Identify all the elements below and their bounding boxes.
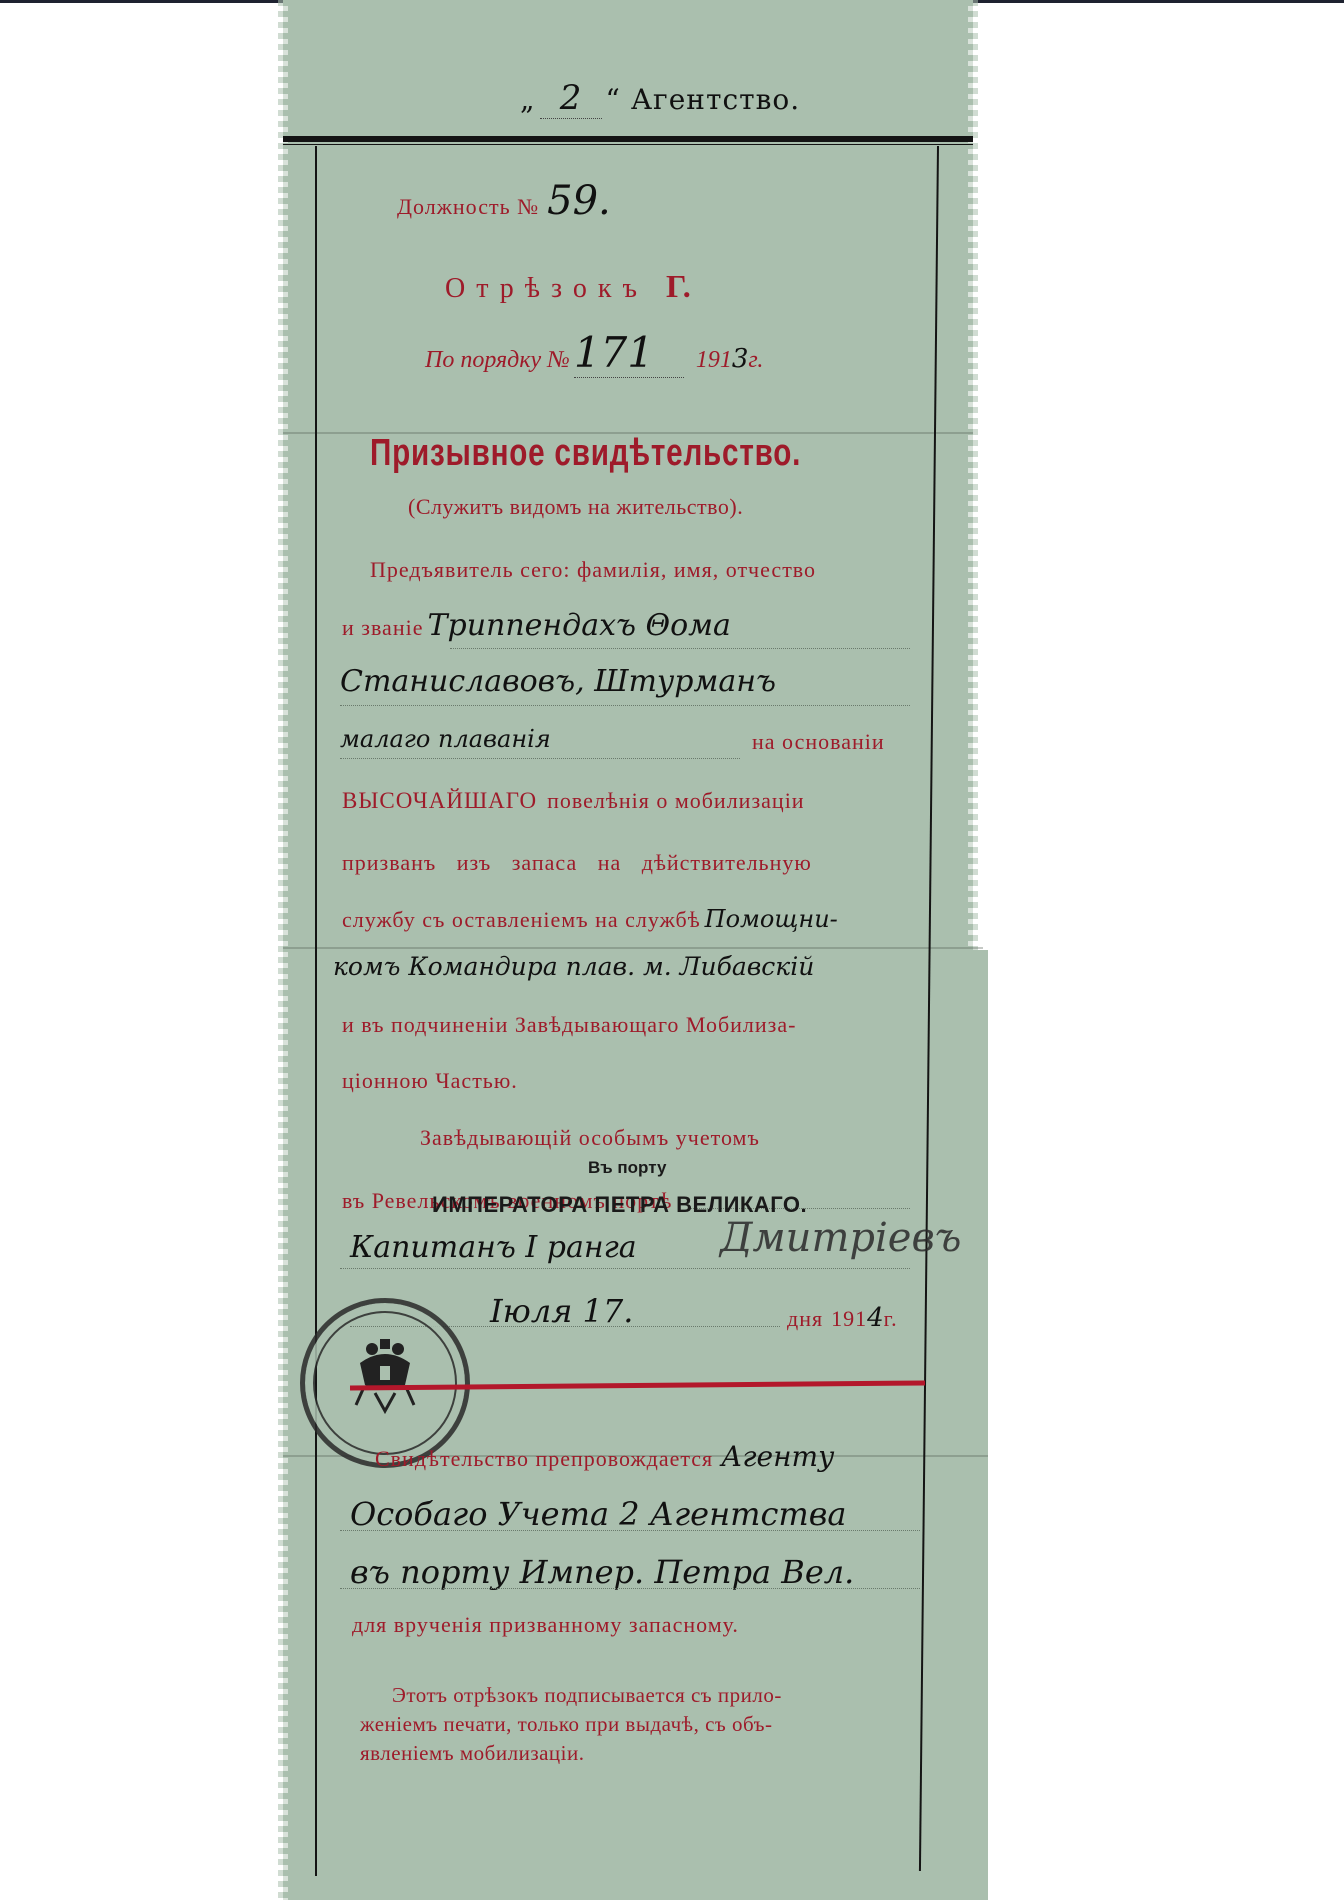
date-year: дня 1914г. xyxy=(787,1303,898,1333)
service-handwritten-1: Помощни- xyxy=(705,905,838,933)
quote-close: “ xyxy=(606,83,621,116)
issuer-signature: Дмитріевъ xyxy=(720,1215,961,1261)
issuer-label: Завѣдывающій особымъ учетомъ xyxy=(420,1125,760,1151)
subordination-line: и въ подчиненіи Завѣдывающаго Мобилиза- xyxy=(342,1012,796,1038)
order-year-suffix: 3 xyxy=(732,344,749,374)
order-label: По порядку № xyxy=(425,347,570,373)
order-number: 171 xyxy=(574,328,684,378)
stub-label: Отрѣзокъ xyxy=(445,273,648,304)
name-handwritten-2: Станиславовъ, Штурманъ xyxy=(340,664,776,699)
footnote-line-3: явленіемъ мобилизаціи. xyxy=(360,1741,585,1766)
decree-bold: ВЫСОЧАЙШАГО xyxy=(342,788,537,813)
fill-line xyxy=(340,758,740,759)
stub-title: Отрѣзокъ Г. xyxy=(445,268,691,305)
service-handwritten-2: комъ Командира плав. м. Либавскій xyxy=(333,952,814,981)
forwarding-label: Свидѣтельство препровождается xyxy=(375,1446,713,1471)
forwarding-purpose: для врученія призванному запасному. xyxy=(352,1612,739,1638)
bearer-line: Предъявитель сего: фамилія, имя, отчеств… xyxy=(370,557,816,583)
perforated-edge-left xyxy=(278,0,288,1900)
called-line: призванъ изъ запаса на дѣйствительную xyxy=(342,850,812,876)
decree-rest: повелѣнія о мобилизаціи xyxy=(547,788,804,813)
date-year-prefix: 191 xyxy=(831,1306,867,1331)
fill-line xyxy=(340,1268,910,1269)
day-label: дня xyxy=(787,1306,823,1331)
fill-line xyxy=(450,648,910,649)
order-year-unit: г. xyxy=(748,347,763,373)
basis-row: малаго плаванія на основаніи xyxy=(340,725,920,753)
subordination-end: ціонною Частью. xyxy=(342,1068,518,1094)
decree-row: ВЫСОЧАЙШАГО повелѣнія о мобилизаціи xyxy=(342,788,805,814)
position-row: Должность № 59. xyxy=(397,178,611,224)
agency-number: 2 xyxy=(540,78,602,119)
document-subtitle: (Служитъ видомъ на жительство). xyxy=(408,494,743,520)
service-label: службу съ оставленіемъ на службѣ xyxy=(342,907,701,932)
forwarding-handwritten-2: Особаго Учета 2 Агентства xyxy=(350,1495,846,1533)
forwarding-row: Свидѣтельство препровождается Агенту xyxy=(375,1440,834,1473)
footnote-line-2: женіемъ печати, только при выдачѣ, съ об… xyxy=(360,1712,773,1737)
fill-line xyxy=(340,1530,920,1531)
stub-letter: Г. xyxy=(666,268,691,304)
order-row: По порядку № 171 1913г. xyxy=(425,328,763,378)
header-rule-thick xyxy=(283,136,973,142)
name-handwritten-3: малаго плаванія xyxy=(340,725,551,753)
forwarding-handwritten-1: Агенту xyxy=(721,1440,834,1473)
perforated-edge-right xyxy=(968,0,978,950)
basis-label: на основаніи xyxy=(752,729,885,755)
forwarding-handwritten-3: въ порту Импер. Петра Вел. xyxy=(350,1553,854,1591)
position-number: 59. xyxy=(547,178,611,224)
rank-label: и званіе xyxy=(342,615,423,640)
agency-header: „ 2 “ Агентство. xyxy=(520,78,800,119)
agency-label: Агентство. xyxy=(631,83,800,116)
order-year-prefix: 191 xyxy=(696,347,732,373)
footnote-line-1: Этотъ отрѣзокъ подписывается съ прило- xyxy=(392,1683,782,1708)
fill-line xyxy=(340,1588,920,1589)
header-rule-thin xyxy=(283,144,973,145)
issuer-rank-handwritten: Капитанъ I ранга xyxy=(350,1230,637,1265)
rank-row: и званіе Триппендахъ Θома xyxy=(342,608,731,643)
port-stamp-line-1: Въ порту xyxy=(588,1158,666,1178)
frame-border-left xyxy=(315,146,317,1876)
date-handwritten: Іюля 17. xyxy=(490,1292,633,1330)
date-year-unit: г. xyxy=(884,1306,898,1331)
quote-open: „ xyxy=(520,83,536,116)
name-handwritten-1: Триппендахъ Θома xyxy=(427,608,730,643)
service-row: службу съ оставленіемъ на службѣ Помощни… xyxy=(342,905,838,933)
date-row: Іюля 17. xyxy=(490,1292,633,1330)
date-year-suffix: 4 xyxy=(867,1303,884,1333)
position-label: Должность № xyxy=(397,194,539,219)
double-headed-eagle-icon xyxy=(350,1335,420,1415)
fill-line xyxy=(340,705,910,706)
fold-line xyxy=(283,947,983,949)
document-title: Призывное свидѣтельство. xyxy=(370,432,801,475)
